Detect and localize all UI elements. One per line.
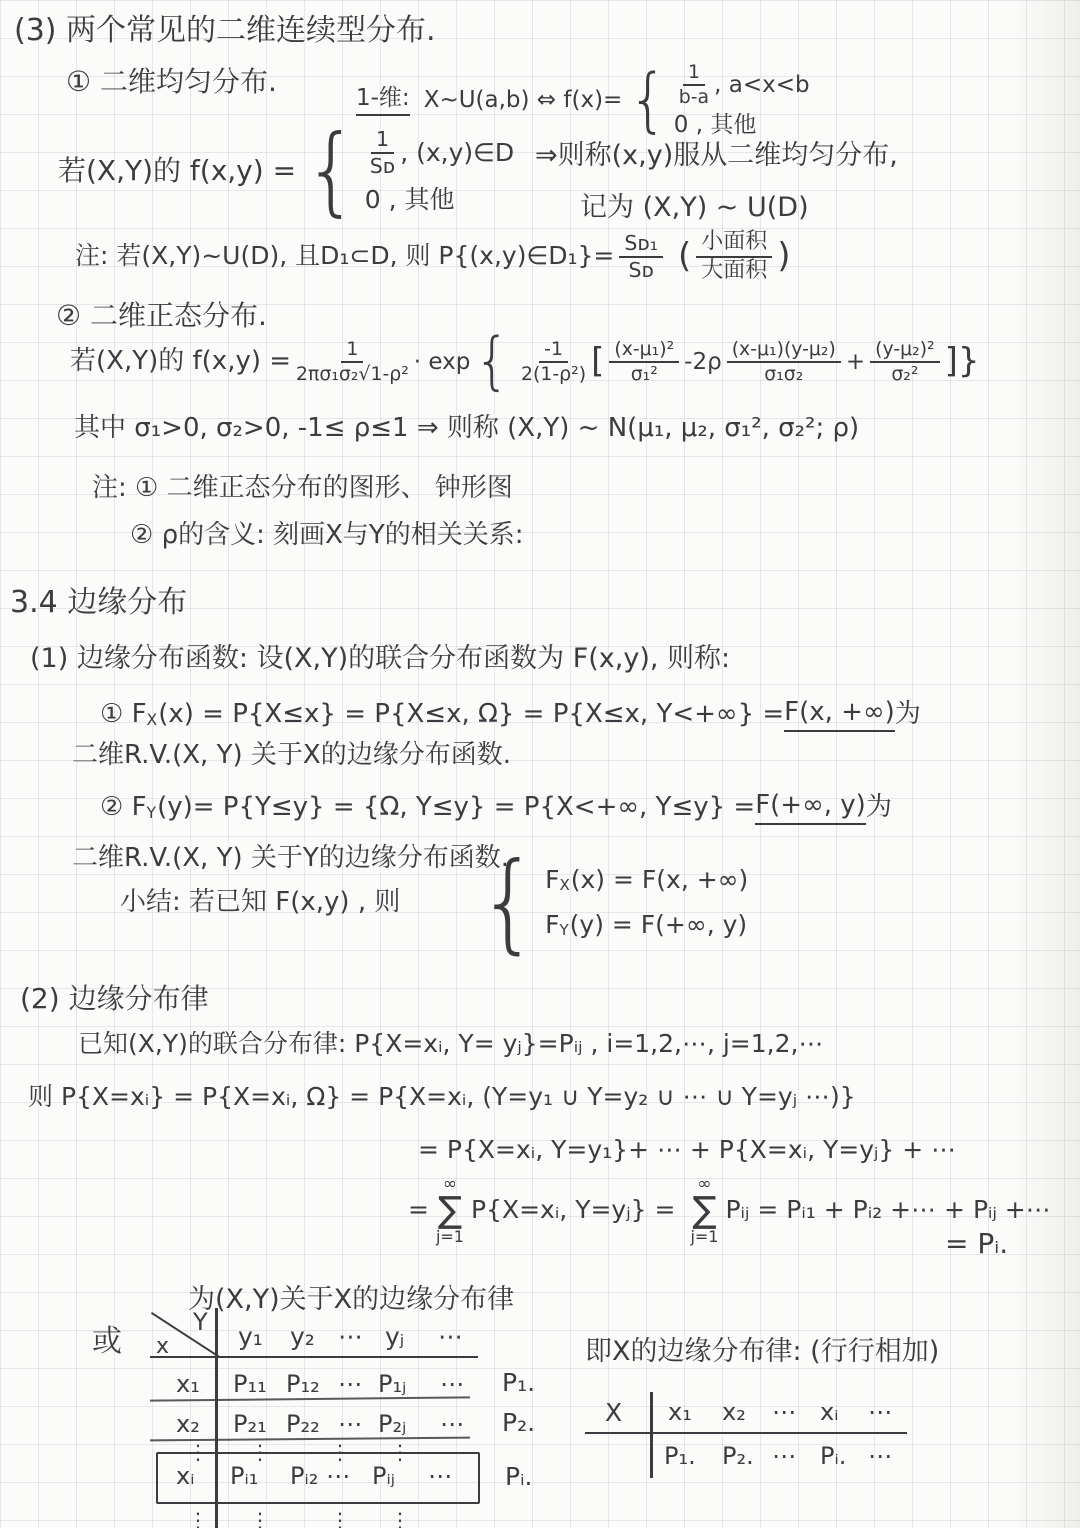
marginal-fx-desc: 二维R.V.(X, Y) 关于X的边缘分布函数. xyxy=(72,741,511,771)
vertical-dots: ⋮ xyxy=(390,1508,410,1528)
right-table-vertical-line xyxy=(650,1392,653,1478)
uniform-note: 注: 若(X,Y)~U(D), 且D₁⊂D, 则 P{(x,y)∈D₁}= Sᴅ… xyxy=(75,230,791,283)
table-cell: Pᵢ₁ xyxy=(230,1462,258,1490)
right-table-cell: x₁ xyxy=(668,1398,692,1426)
header-cell: y₂ xyxy=(290,1322,315,1351)
right-table-title: 即X的边缘分布律: (行行相加) xyxy=(585,1336,939,1367)
marginal-fy-desc: 二维R.V.(X, Y) 关于Y的边缘分布函数. xyxy=(72,844,509,874)
table-cell: P₁₂ xyxy=(286,1370,320,1398)
fraction: 1 2πσ₁σ₂√1-ρ² xyxy=(296,339,409,385)
marginal-pmf-line1: 则 P{X=xᵢ} = P{X=xᵢ, Ω} = P{X=xᵢ, (Y=y₁ ∪… xyxy=(28,1083,856,1112)
right-table-cell: x₂ xyxy=(722,1398,746,1426)
vertical-dots: ⋮ xyxy=(330,1508,350,1528)
page-edge-shading xyxy=(1010,0,1080,1528)
table-cell: ⋯ xyxy=(338,1410,362,1438)
right-table-horizontal-line xyxy=(585,1432,907,1434)
summation: ∞ ∑ j=1 xyxy=(690,1176,718,1245)
marginal-pmf-caption: 为(X,Y)关于X的边缘分布律 xyxy=(188,1284,514,1315)
summary-line: 小结: 若已知 F(x,y) , 则 xyxy=(120,888,400,918)
table-cell: Pᵢ₂ ⋯ xyxy=(290,1462,350,1490)
table-cell: P₂₁ xyxy=(233,1410,267,1438)
section3-title: (3) 两个常见的二维连续型分布. xyxy=(14,14,436,49)
row-x-label: x₂ xyxy=(176,1410,200,1438)
header-cell: yⱼ xyxy=(385,1322,404,1351)
section34-title: 3.4 边缘分布 xyxy=(10,586,187,621)
table-header-line xyxy=(150,1356,478,1358)
table-cell: ⋯ xyxy=(440,1370,464,1398)
summation: ∞ ∑ j=1 xyxy=(436,1176,464,1245)
fraction: -1 2(1-ρ²) xyxy=(521,339,586,385)
vertical-dots: ⋮ xyxy=(250,1508,270,1528)
uniform-pdf: 若(X,Y)的 f(x,y) = { 1 Sᴅ , (x,y)∈D 0 , 其他 xyxy=(58,128,514,215)
brace: { xyxy=(474,335,510,388)
table-cell: ⋯ xyxy=(428,1462,452,1490)
normal-note-1: 注: ① 二维正态分布的图形、 钟形图 xyxy=(92,474,513,504)
fraction: 小面积 大面积 xyxy=(696,230,772,283)
row-x-label: xᵢ xyxy=(176,1462,195,1490)
marginal-cdf-title: (1) 边缘分布函数: 设(X,Y)的联合分布函数为 F(x,y), 则称: xyxy=(30,643,730,674)
corner-y-label: Y xyxy=(193,1308,208,1336)
right-table-cell: P₁. xyxy=(664,1442,696,1470)
normal-heading: ② 二维正态分布. xyxy=(56,300,267,332)
row-margin: Pᵢ. xyxy=(505,1462,533,1491)
uniform-heading: ① 二维均匀分布. xyxy=(66,66,277,98)
normal-pdf: 若(X,Y)的 f(x,y) = 1 2πσ₁σ₂√1-ρ² · exp { -… xyxy=(70,338,980,386)
table-cell: P₁ⱼ xyxy=(378,1370,406,1398)
header-cell: ⋯ xyxy=(338,1322,363,1351)
uniform-conclusion-1: ⇒则称(x,y)服从二维均匀分布, xyxy=(535,140,898,171)
right-table-cell: ⋯ xyxy=(868,1398,892,1426)
vertical-dots: ⋮ xyxy=(188,1508,208,1528)
right-table-cell: ⋯ xyxy=(772,1398,796,1426)
brace: { xyxy=(478,857,539,948)
uniform-conclusion-2: 记为 (X,Y) ~ U(D) xyxy=(580,192,809,223)
right-table-cell: ⋯ xyxy=(868,1442,892,1470)
marginal-pmf-title: (2) 边缘分布律 xyxy=(20,983,209,1015)
brace: { xyxy=(304,130,359,212)
right-table-cell: xᵢ xyxy=(820,1398,839,1426)
fraction: Sᴅ₁ Sᴅ xyxy=(619,232,663,282)
fraction: (x-μ₁)(y-μ₂) σ₁σ₂ xyxy=(727,339,841,385)
table-cell: ⋯ xyxy=(338,1370,362,1398)
row-margin: P₂. xyxy=(502,1408,535,1437)
normal-note-2: ② ρ的含义: 刻画X与Y的相关关系: xyxy=(130,521,524,551)
fraction: (y-μ₂)² σ₂² xyxy=(870,339,939,385)
marginal-fy-line: ② FY (y)= P{Y≤y} = {Ω, Y≤y} = P{X<+∞, Y≤… xyxy=(100,791,892,825)
fraction: 1 Sᴅ xyxy=(370,128,395,178)
row-margin: P₁. xyxy=(502,1368,535,1397)
header-cell: y₁ xyxy=(238,1322,263,1351)
row-x-label: x₁ xyxy=(176,1370,200,1398)
marginal-pmf-line4: = Pᵢ. xyxy=(945,1228,1008,1260)
table-cell: P₂₂ xyxy=(286,1410,320,1438)
fraction: 1 b-a xyxy=(679,62,709,108)
right-table-cell: Pᵢ. xyxy=(820,1442,846,1470)
marginal-pmf-known: 已知(X,Y)的联合分布律: P{X=xᵢ, Y= yⱼ}=Pᵢⱼ , i=1,… xyxy=(78,1030,823,1059)
or-label: 或 xyxy=(92,1325,122,1360)
header-cell: ⋯ xyxy=(438,1322,463,1351)
marginal-fx-line: ① FX (x) = P{X≤x} = P{X≤x, Ω} = P{X≤x, Y… xyxy=(100,698,921,732)
right-table-cell: P₂. xyxy=(722,1442,754,1470)
table-cell: Pᵢⱼ xyxy=(372,1462,395,1490)
normal-condition: 其中 σ₁>0, σ₂>0, -1≤ ρ≤1 ⇒ 则称 (X,Y) ~ N(μ₁… xyxy=(74,414,859,444)
right-corner-x: X xyxy=(605,1398,622,1427)
table-cell: P₁₁ xyxy=(233,1370,267,1398)
marginal-pmf-line2: = P{X=xᵢ, Y=y₁}+ ⋯ + P{X=xᵢ, Y=yⱼ} + ⋯ xyxy=(418,1136,956,1165)
brace: { xyxy=(628,71,667,130)
table-cell: P₂ⱼ xyxy=(378,1410,406,1438)
table-cell: ⋯ xyxy=(440,1410,464,1438)
summary-cases: { FX (x) = F(x, +∞) FY (y) = F(+∞, y) xyxy=(478,862,748,944)
fraction: (x-μ₁)² σ₁² xyxy=(609,339,679,385)
right-table-cell: ⋯ xyxy=(772,1442,796,1470)
handwritten-notes-page: (3) 两个常见的二维连续型分布. ① 二维均匀分布. 1-维: X~U(a,b… xyxy=(0,0,1080,1528)
